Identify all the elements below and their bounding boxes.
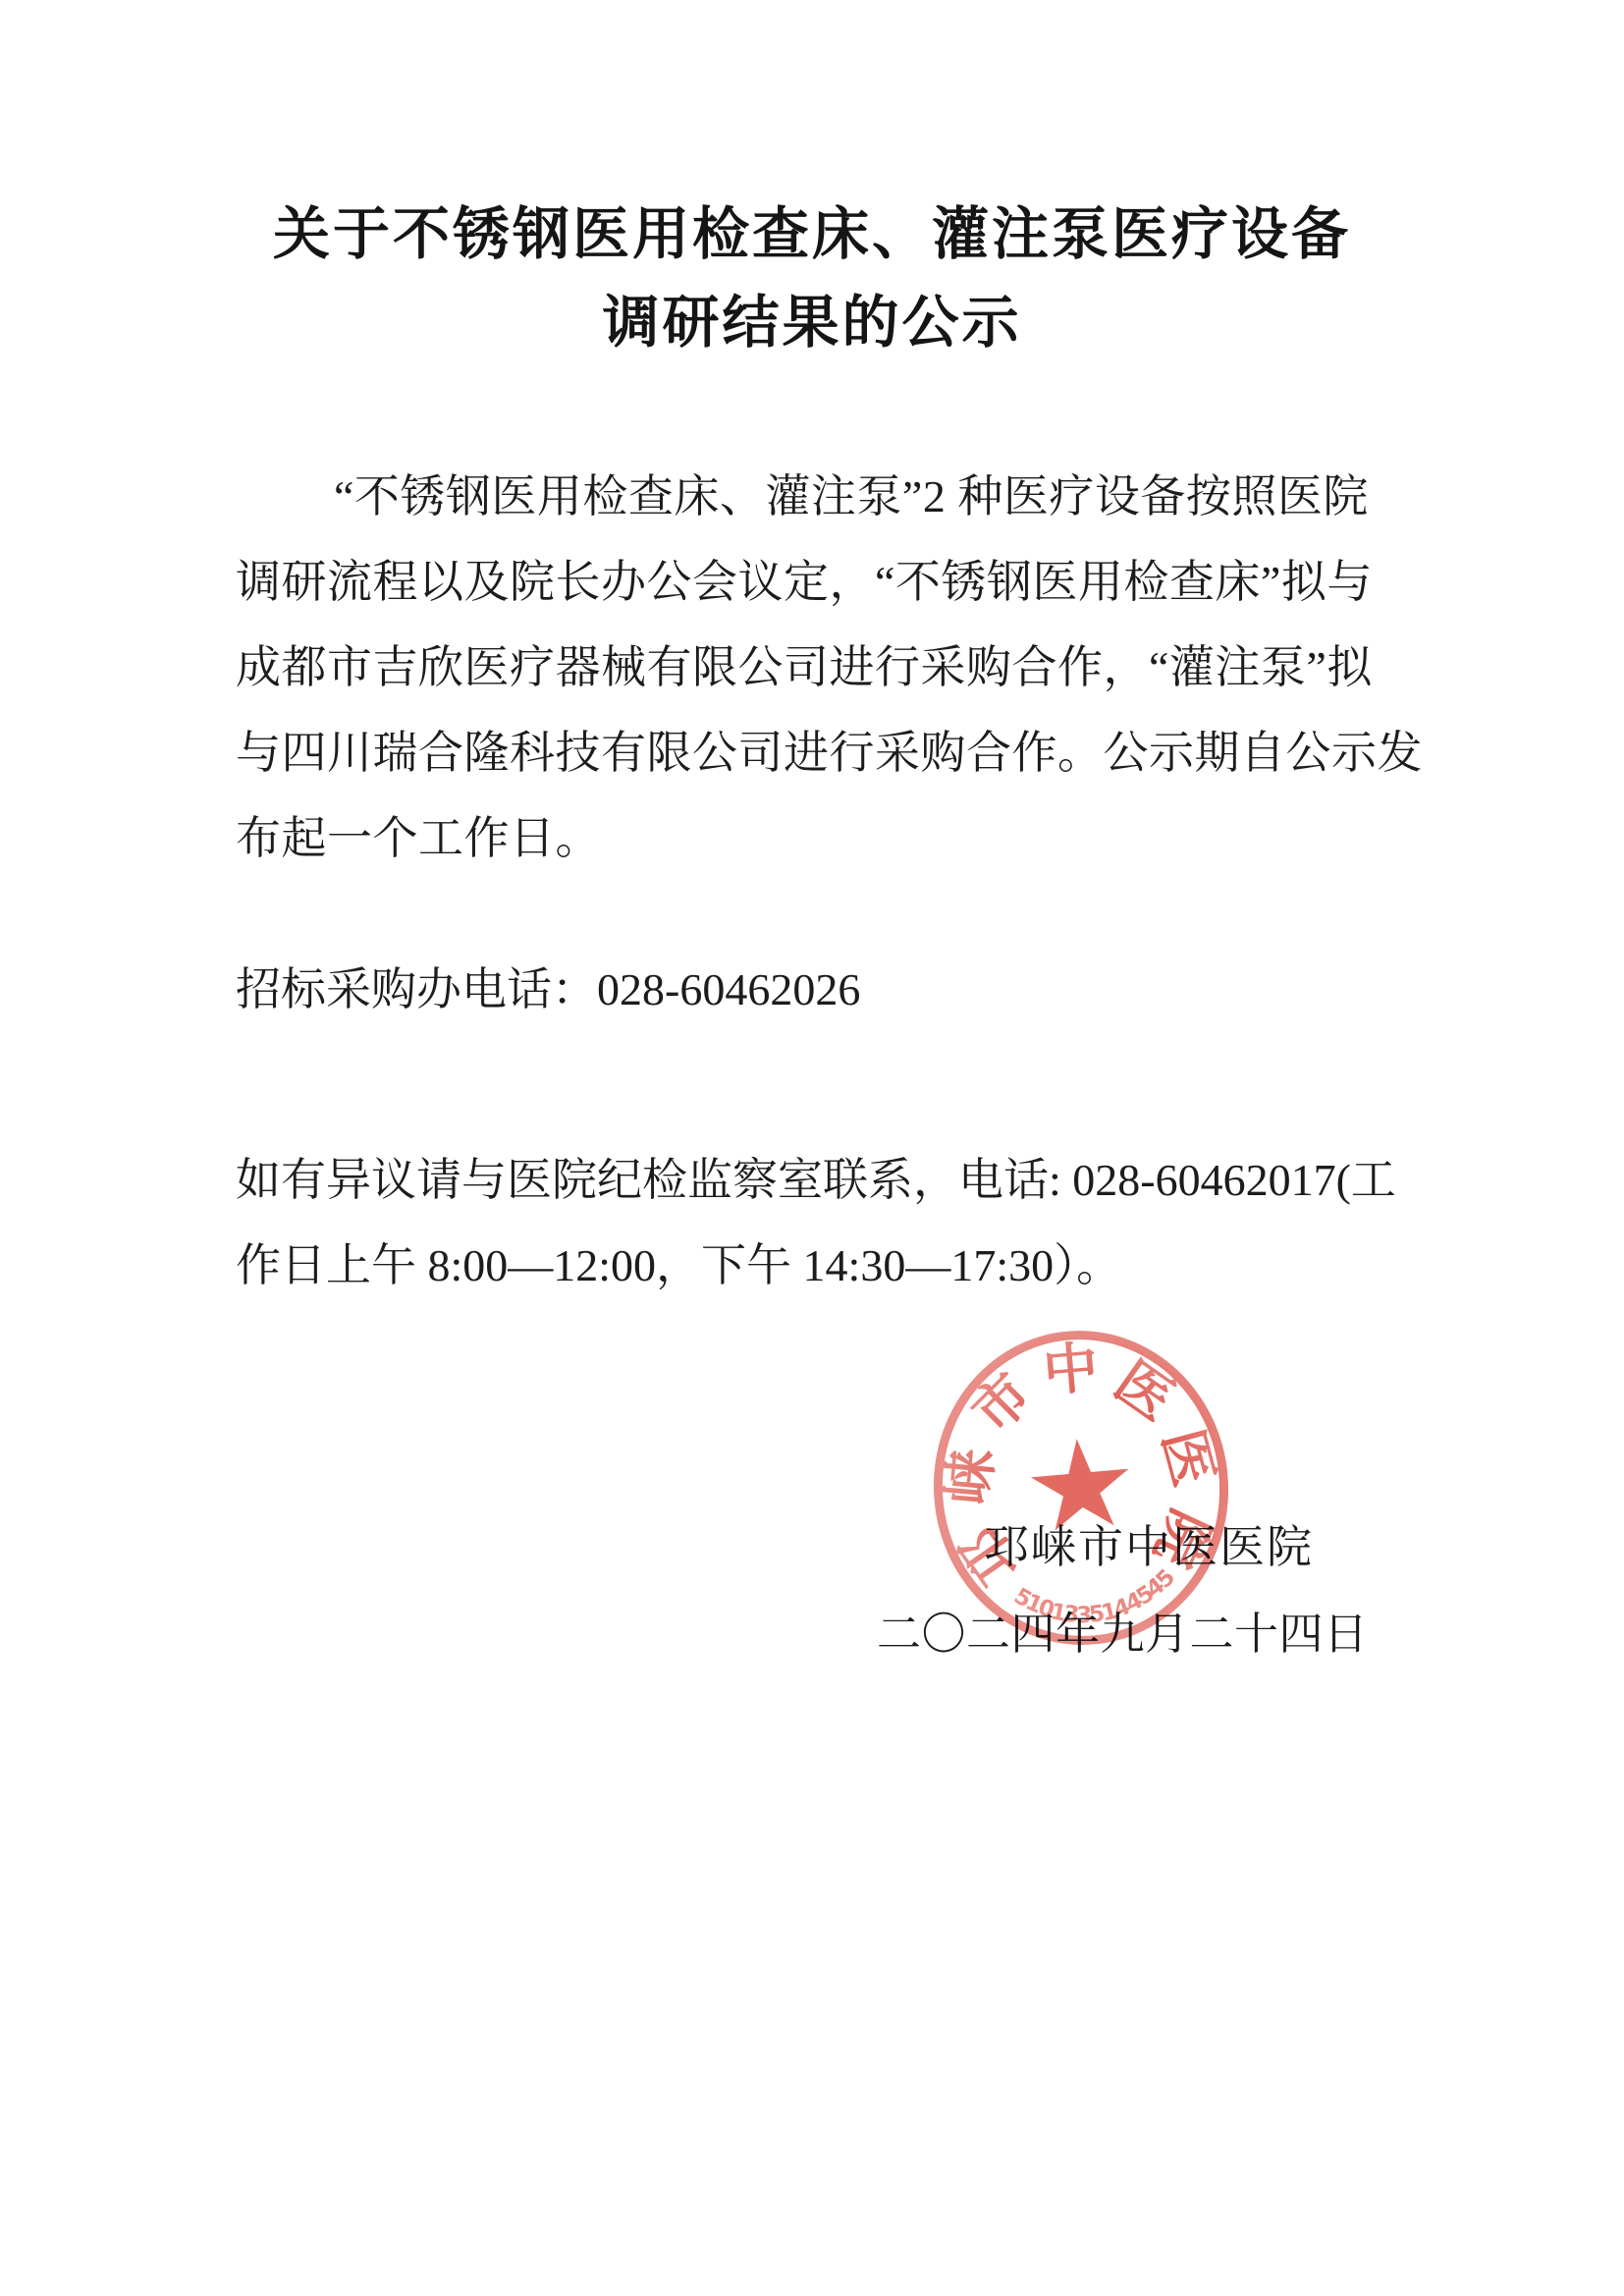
seal-arc-char: 崃	[940, 1445, 1003, 1508]
document-page: 关于不锈钢医用检查床、灌注泵医疗设备 调研结果的公示 “不锈钢医用检查床、灌注泵…	[0, 0, 1624, 2296]
document-title: 关于不锈钢医用检查床、灌注泵医疗设备 调研结果的公示	[0, 191, 1624, 367]
body-paragraph: “不锈钢医用检查床、灌注泵”2 种医疗设备按照医院 调研流程以及院长办公会议定，…	[236, 454, 1443, 881]
title-line-1: 关于不锈钢医用检查床、灌注泵医疗设备	[0, 191, 1624, 279]
paragraph-line: “不锈钢医用检查床、灌注泵”2 种医疗设备按照医院	[236, 454, 1443, 539]
bidding-office-phone-line: 招标采购办电话：028-60462026	[236, 960, 860, 1019]
title-line-2: 调研结果的公示	[0, 279, 1624, 367]
paragraph-line: 布起一个工作日。	[236, 795, 1443, 881]
complaint-contact-paragraph: 如有异议请与医院纪检监察室联系，电话: 028-60462017(工 作日上午 …	[236, 1137, 1443, 1308]
paragraph-line: 成都市吉欣医疗器械有限公司进行采购合作，“灌注泵”拟	[236, 625, 1443, 710]
complaint-line: 如有异议请与医院纪检监察室联系，电话: 028-60462017(工	[236, 1137, 1443, 1223]
complaint-line: 作日上午 8:00—12:00，下午 14:30—17:30）。	[236, 1223, 1443, 1308]
paragraph-line: 调研流程以及院长办公会议定，“不锈钢医用检查床”拟与	[236, 539, 1443, 625]
official-seal: 邛 崃 市 中 医 医 院 5 1 0 1 3 3 5 1 4 4 5 4 5	[921, 1319, 1242, 1658]
seal-arc-char: 中	[1039, 1339, 1103, 1402]
paragraph-line: 与四川瑞合隆科技有限公司进行采购合作。公示期自公示发	[236, 710, 1443, 795]
